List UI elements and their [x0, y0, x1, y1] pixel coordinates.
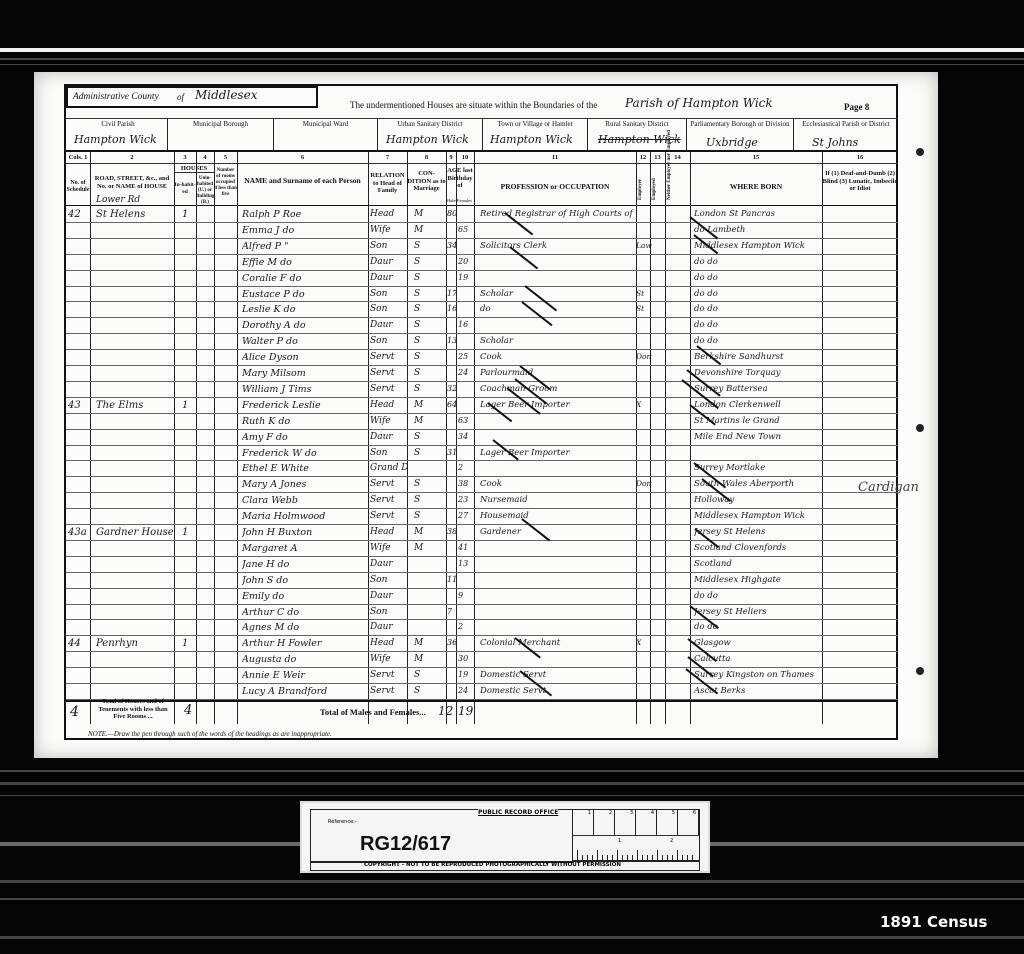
cell-relation: Wife: [370, 654, 408, 664]
cell-cond: S: [414, 257, 444, 267]
cell-born: do do: [694, 273, 824, 283]
column-header-houses: HOUSES: [174, 165, 214, 173]
cell-cond: M: [414, 225, 444, 235]
column-number: 9: [446, 154, 456, 161]
cell-born: Middlesex Hampton Wick: [694, 511, 824, 521]
cell-emp: Dom: [636, 479, 652, 488]
table-row: John S doSon11Middlesex Highgate: [66, 574, 898, 589]
cell-inhab: 1: [182, 400, 194, 411]
cell-cond: S: [414, 511, 444, 521]
cell-cond: S: [414, 384, 444, 394]
column-number: 13: [650, 154, 665, 161]
cell-female: 30: [458, 654, 474, 663]
cell-occupation: Scholar: [480, 289, 634, 299]
table-row: Walter P doSonS13Scholardo do: [66, 335, 898, 350]
cell-emp: Law: [636, 241, 652, 250]
cell-relation: Son: [370, 575, 408, 585]
table-row: 43The Elms1Frederick LeslieHeadM64Lager …: [66, 399, 898, 414]
cell-house: Penrhyn: [96, 638, 174, 649]
cell-relation: Grand Daur: [370, 463, 408, 473]
punch-hole: [916, 148, 924, 156]
cell-male: 32: [447, 384, 457, 393]
cell-born: do do: [694, 304, 824, 314]
cell-relation: Head: [370, 209, 408, 219]
column-number: 4: [196, 154, 214, 161]
column-header-neither: Neither Employer nor Employed: [667, 130, 672, 200]
cell-house: The Elms: [96, 400, 174, 411]
cell-female: 20: [458, 257, 474, 266]
cell-female: 2: [458, 463, 474, 472]
cell-occupation: Cook: [480, 479, 634, 489]
cell-name: Arthur H Fowler: [242, 638, 367, 649]
cell-occupation: Retired Registrar of High Courts of Just…: [480, 209, 634, 219]
cell-emp: St: [636, 304, 652, 313]
cell-female: 13: [458, 559, 474, 568]
cell-relation: Daur: [370, 257, 408, 267]
cell-female: 16: [458, 320, 474, 329]
cell-cond: M: [414, 527, 444, 537]
column-number: 10: [456, 154, 474, 161]
table-row: Alice DysonServtS25CookDomBerkshire Sand…: [66, 351, 898, 366]
cell-name: Emily do: [242, 591, 367, 602]
cell-female: 24: [458, 686, 474, 695]
cell-female: 38: [458, 479, 474, 488]
total-schedules: 4: [70, 704, 79, 720]
cell-occupation: Nursemaid: [480, 495, 634, 505]
margin-note: Cardigan: [858, 480, 919, 495]
cell-relation: Servt: [370, 670, 408, 680]
road-note: Lower Rd: [96, 195, 140, 205]
column-header-employer: Employer: [638, 179, 643, 200]
cell-schedule: 42: [68, 209, 90, 220]
cell-emp: X: [636, 638, 652, 647]
cell-male: 11: [447, 575, 457, 584]
column-number: 2: [90, 154, 174, 161]
cell-relation: Servt: [370, 495, 408, 505]
cell-born: Glasgow: [694, 638, 824, 648]
total-females: 19: [458, 704, 473, 718]
cell-name: Jane H do: [242, 559, 367, 570]
measuring-scale: 12345612: [572, 809, 700, 861]
cell-name: Agnes M do: [242, 622, 367, 633]
table-row: Jane H doDaur13Scotland: [66, 558, 898, 573]
column-header-relation: RELATION to Head of Family: [368, 172, 407, 195]
cell-male: 31: [447, 448, 457, 457]
column-number: Cols. 1: [66, 154, 90, 161]
column-number: 16: [822, 154, 898, 161]
column-number: 5: [214, 154, 237, 161]
column-number: 11: [474, 154, 636, 161]
cell-born: London St Pancras: [694, 209, 824, 219]
table-row: 42St Helens1Ralph P RoeHeadM80Retired Re…: [66, 208, 898, 223]
table-row: Frederick W doSonS31Lager Beer Importer: [66, 447, 898, 462]
table-row: Eustace P doSonS17ScholarStdo do: [66, 288, 898, 303]
cell-relation: Wife: [370, 543, 408, 553]
cell-cond: S: [414, 448, 444, 458]
scale-mark: 1: [573, 810, 594, 835]
cell-schedule: 43: [68, 400, 90, 411]
column-number: 12: [636, 154, 650, 161]
table-row: Ethel E WhiteGrand Daur2Surrey Mortlake: [66, 462, 898, 477]
reference-number: RG12/617: [360, 833, 451, 856]
cell-relation: Head: [370, 400, 408, 410]
punch-hole: [916, 424, 924, 432]
cell-female: 24: [458, 368, 474, 377]
cell-cond: S: [414, 241, 444, 251]
intro-text: The undermentioned Houses are situate wi…: [350, 100, 597, 110]
table-row: Mary A JonesServtS38CookDomSouth Wales A…: [66, 478, 898, 493]
cell-inhab: 1: [182, 209, 194, 220]
cell-relation: Son: [370, 289, 408, 299]
table-row: William J TimsServtS32Coachman GroomSurr…: [66, 383, 898, 398]
cell-relation: Daur: [370, 320, 408, 330]
cell-occupation: Parlourmaid: [480, 368, 634, 378]
cell-born: do do: [694, 320, 824, 330]
civil-parish-value: Hampton Wick: [74, 133, 157, 146]
cell-cond: S: [414, 368, 444, 378]
table-row: Emma J doWifeM65do Lambeth: [66, 224, 898, 239]
cell-relation: Daur: [370, 622, 408, 632]
cell-name: Annie E Weir: [242, 670, 367, 681]
cell-relation: Daur: [370, 273, 408, 283]
scale-mark: 4: [636, 810, 657, 835]
column-header-schedule: No. of Schedule: [66, 180, 90, 194]
cell-born: Jersey St Helens: [694, 527, 824, 537]
cell-cond: S: [414, 289, 444, 299]
table-row: Margaret AWifeM41Scotland Clovenfords: [66, 542, 898, 557]
cell-schedule: 44: [68, 638, 90, 649]
table-row: Mary MilsomServtS24ParlourmaidDevonshire…: [66, 367, 898, 382]
total-males: 12: [438, 704, 453, 718]
cell-occupation: Cook: [480, 352, 634, 362]
cell-name: Frederick Leslie: [242, 400, 367, 411]
cell-born: Surrey Mortlake: [694, 463, 824, 473]
table-row: Dorothy A doDaurS16do do: [66, 319, 898, 334]
cell-female: 2: [458, 622, 474, 631]
cell-born: Devonshire Torquay: [694, 368, 824, 378]
cell-born: Holloway: [694, 495, 824, 505]
scale-mark: 2: [670, 838, 673, 844]
cell-female: 65: [458, 225, 474, 234]
cell-name: Ethel E White: [242, 463, 367, 474]
cell-relation: Head: [370, 527, 408, 537]
cell-name: Dorothy A do: [242, 320, 367, 331]
column-number: 3: [174, 154, 196, 161]
cell-female: 19: [458, 273, 474, 282]
cell-relation: Son: [370, 304, 408, 314]
cell-male: 80: [447, 209, 457, 218]
table-row: Lucy A BrandfordServtS24Domestic ServtAs…: [66, 685, 898, 700]
total-houses: 4: [184, 703, 192, 718]
cell-relation: Servt: [370, 479, 408, 489]
column-number: 8: [407, 154, 446, 161]
cell-cond: S: [414, 273, 444, 283]
cell-relation: Wife: [370, 416, 408, 426]
cell-name: Arthur C do: [242, 607, 367, 618]
cell-name: Margaret A: [242, 543, 367, 554]
table-row: 43aGardner House1John H BuxtonHeadM38Gar…: [66, 526, 898, 541]
table-row: Maria HolmwoodServtS27HousemaidMiddlesex…: [66, 510, 898, 525]
cell-born: Middlesex Highgate: [694, 575, 824, 585]
cell-cond: M: [414, 209, 444, 219]
cell-male: 16: [447, 304, 457, 313]
cell-cond: S: [414, 432, 444, 442]
cell-name: William J Tims: [242, 384, 367, 395]
cell-name: Augusta do: [242, 654, 367, 665]
cell-name: Ralph P Roe: [242, 209, 367, 220]
cell-relation: Servt: [370, 368, 408, 378]
column-header-uninhabited: Unin-habited (U.) or Building (B.): [196, 176, 214, 206]
cell-name: Frederick W do: [242, 448, 367, 459]
cell-relation: Servt: [370, 511, 408, 521]
column-header-inhabited: In-habit-ed: [174, 182, 196, 195]
cell-occupation: Housemaid: [480, 511, 634, 521]
boundary-value: Parish of Hampton Wick: [625, 96, 773, 110]
cell-house: St Helens: [96, 209, 174, 220]
column-header-occupation: PROFESSION or OCCUPATION: [474, 183, 636, 192]
cell-cond: S: [414, 320, 444, 330]
cell-relation: Son: [370, 607, 408, 617]
column-header-infirmity: If (1) Deaf-and-Dumb (2) Blind (3) Lunat…: [822, 170, 898, 193]
cell-relation: Servt: [370, 686, 408, 696]
cell-name: Ruth K do: [242, 416, 367, 427]
cell-male: 7: [447, 607, 457, 616]
table-row: Effie M doDaurS20do do: [66, 256, 898, 271]
cell-male: 38: [447, 527, 457, 536]
cell-born: Jersey St Heliers: [694, 607, 824, 617]
cell-cond: S: [414, 495, 444, 505]
cell-cond: M: [414, 654, 444, 664]
table-row: Augusta doWifeM30Calcutta: [66, 653, 898, 668]
column-header-born: WHERE BORN: [690, 183, 822, 192]
cell-occupation: Scholar: [480, 336, 634, 346]
table-row: Amy F doDaurS34Mile End New Town: [66, 431, 898, 446]
cell-name: John S do: [242, 575, 367, 586]
column-number: 6: [237, 154, 368, 161]
cell-name: Eustace P do: [242, 289, 367, 300]
table-row: Leslie K doSonS16doStdo do: [66, 303, 898, 318]
admin-county-value: Middlesex: [195, 88, 257, 102]
column-header-rooms: Number of rooms occupied if less than fi…: [214, 168, 237, 198]
scale-mark: 2: [594, 810, 615, 835]
cell-relation: Daur: [370, 432, 408, 442]
cell-relation: Head: [370, 638, 408, 648]
cell-born: Scotland: [694, 559, 824, 569]
cell-name: Leslie K do: [242, 304, 367, 315]
table-row: Agnes M doDaur2do do: [66, 621, 898, 636]
cell-cond: M: [414, 543, 444, 553]
scale-mark: 5: [657, 810, 678, 835]
scale-mark: 1: [618, 838, 621, 844]
cell-cond: S: [414, 336, 444, 346]
cell-female: 23: [458, 495, 474, 504]
cell-name: Mary Milsom: [242, 368, 367, 379]
table-row: Coralie F doDaurS19do do: [66, 272, 898, 287]
cell-relation: Servt: [370, 352, 408, 362]
cell-name: Alice Dyson: [242, 352, 367, 363]
cell-born: do do: [694, 591, 824, 601]
cell-cond: M: [414, 638, 444, 648]
cell-relation: Son: [370, 241, 408, 251]
cell-born: do do: [694, 257, 824, 267]
cell-born: do do: [694, 289, 824, 299]
cell-male: 17: [447, 289, 457, 298]
cell-emp: X: [636, 400, 652, 409]
cell-emp: St: [636, 289, 652, 298]
column-header-condition: CON-DITION as to Marriage: [407, 170, 446, 193]
cell-male: 64: [447, 400, 457, 409]
cell-name: Maria Holmwood: [242, 511, 367, 522]
cell-relation: Daur: [370, 559, 408, 569]
table-row: Arthur C doSon7Jersey St Heliers: [66, 606, 898, 621]
cell-name: Effie M do: [242, 257, 367, 268]
cell-occupation: Domestic Servt: [480, 670, 634, 680]
cell-name: John H Buxton: [242, 527, 367, 538]
scale-mark: 6: [678, 810, 699, 835]
column-header-employed: Employed: [652, 178, 657, 200]
cell-inhab: 1: [182, 527, 194, 538]
cell-cond: S: [414, 670, 444, 680]
cell-name: Mary A Jones: [242, 479, 367, 490]
cell-born: do do: [694, 336, 824, 346]
cell-schedule: 43a: [68, 527, 90, 538]
census-caption: 1891 Census: [880, 913, 987, 931]
reference-label: PUBLIC RECORD OFFICE Reference:- RG12/61…: [300, 801, 710, 873]
cell-female: 41: [458, 543, 474, 552]
table-row: Clara WebbServtS23NursemaidHolloway: [66, 494, 898, 509]
cell-relation: Wife: [370, 225, 408, 235]
cell-female: 19: [458, 670, 474, 679]
cell-name: Emma J do: [242, 225, 367, 236]
cell-cond: S: [414, 479, 444, 489]
cell-house: Gardner House: [96, 527, 174, 538]
table-row: Annie E WeirServtS19Domestic ServtSurrey…: [66, 669, 898, 684]
cell-cond: S: [414, 352, 444, 362]
cell-relation: Servt: [370, 384, 408, 394]
admin-county-label: Administrative County: [73, 92, 159, 102]
office-title: PUBLIC RECORD OFFICE: [478, 809, 558, 816]
cell-female: 9: [458, 591, 474, 600]
scale-mark: 3: [615, 810, 636, 835]
table-row: Emily doDaur9do do: [66, 590, 898, 605]
table-row: Ruth K doWifeM63St Martins le Grand: [66, 415, 898, 430]
table-row: 44Penrhyn1Arthur H FowlerHeadM36Colonial…: [66, 637, 898, 652]
column-number: 7: [368, 154, 407, 161]
column-header-age: AGE last Birthday of: [446, 167, 474, 190]
cell-cond: S: [414, 304, 444, 314]
cell-female: 25: [458, 352, 474, 361]
cell-name: Lucy A Brandford: [242, 686, 367, 697]
column-header-road: ROAD, STREET, &c., and No. or NAME of HO…: [90, 175, 174, 190]
cell-occupation: Solicitors Clerk: [480, 241, 634, 251]
cell-male: 36: [447, 638, 457, 647]
cell-name: Clara Webb: [242, 495, 367, 506]
cell-cond: M: [414, 416, 444, 426]
cell-occupation: Lager Beer Importer: [480, 400, 634, 410]
cell-female: 34: [458, 432, 474, 441]
cell-occupation: Domestic Servt: [480, 686, 634, 696]
form-note: NOTE.—Draw the pen through such of the w…: [88, 730, 332, 738]
column-header-name: NAME and Surname of each Person: [237, 177, 368, 186]
cell-male: 34: [447, 241, 457, 250]
punch-hole: [916, 667, 924, 675]
cell-cond: S: [414, 686, 444, 696]
cell-occupation: Colonial Merchant: [480, 638, 634, 648]
cell-inhab: 1: [182, 638, 194, 649]
cell-occupation: Gardener: [480, 527, 634, 537]
cell-name: Amy F do: [242, 432, 367, 443]
cell-emp: Dom: [636, 352, 652, 361]
cell-name: Walter P do: [242, 336, 367, 347]
cell-male: 13: [447, 336, 457, 345]
cell-relation: Son: [370, 448, 408, 458]
page-number: Page 8: [844, 102, 869, 112]
cell-female: 27: [458, 511, 474, 520]
cell-born: Mile End New Town: [694, 432, 824, 442]
cell-occupation: Coachman Groom: [480, 384, 634, 394]
column-number: 15: [690, 154, 822, 161]
cell-female: 63: [458, 416, 474, 425]
cell-relation: Son: [370, 336, 408, 346]
table-row: Alfred P "SonS34Solicitors ClerkLawMiddl…: [66, 240, 898, 255]
cell-name: Alfred P ": [242, 241, 367, 252]
cell-cond: M: [414, 400, 444, 410]
cell-relation: Daur: [370, 591, 408, 601]
copyright-notice: COPYRIGHT - NOT TO BE REPRODUCED PHOTOGR…: [364, 862, 621, 868]
cell-name: Coralie F do: [242, 273, 367, 284]
